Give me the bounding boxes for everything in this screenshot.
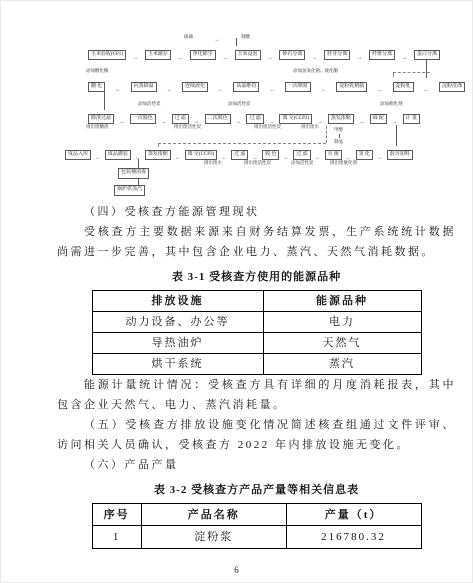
flow-box: 脱 色 <box>262 150 279 161</box>
flow-box: 混匀加料 <box>387 150 413 161</box>
arrow-left-icon <box>321 78 327 96</box>
flow-row-2: 糖 化 闪蒸降温 连续液化 高温维持 一次喷射 淀粉乳精制 淀粉乳 淀粉洗涤 <box>88 78 465 96</box>
table-header-row: 序号 产品名称 产量（t） <box>92 504 421 526</box>
arrow-left-icon <box>315 146 321 164</box>
table-header-cell: 产品名称 <box>141 504 286 526</box>
arrow-left-icon <box>115 78 121 96</box>
flow-box: 玉米验收(CP1) <box>88 50 126 61</box>
flow-box: 过 滤 <box>231 150 248 161</box>
energy-types-table: 排放设施 能源品种 动力设备、办公等 电力 导热油炉 天然气 烘干系统 蒸汽 <box>92 290 422 375</box>
table-cell: 烘干系统 <box>92 354 263 375</box>
table-header-row: 排放设施 能源品种 <box>92 291 421 312</box>
page-number: 6 <box>0 565 473 575</box>
arrow-right-icon <box>357 46 363 64</box>
section-heading-4: （四）受核查方能源管理现状 <box>57 202 456 222</box>
arrow-right-icon <box>222 46 228 64</box>
connector-dashed <box>326 126 327 143</box>
table-3-2-caption: 表 3-2 受核查方产品产量等相关信息表 <box>57 480 456 500</box>
arrow-right-icon <box>267 46 273 64</box>
table-cell: 蒸汽 <box>263 354 421 375</box>
flow-label-waste: 排出废水 <box>204 160 222 165</box>
table-cell: 电力 <box>263 312 421 333</box>
flow-box: 砂石分离 <box>279 50 305 61</box>
flow-box: 高温维持 <box>233 82 259 93</box>
flow-row-acid: 硫磺 制酸 <box>184 28 250 46</box>
flow-box: 糖 化 <box>88 82 105 93</box>
table-header-cell: 能源品种 <box>263 291 421 312</box>
flow-box: 成品灌装 <box>105 150 131 161</box>
arrow-right-icon <box>359 110 365 128</box>
arrow-right-icon <box>161 110 167 128</box>
flow-box: 过 滤 <box>172 114 189 125</box>
table-cell: 动力设备、办公等 <box>92 312 263 333</box>
paragraph-energy-status: 受核查方主要数据来源来自财务结算发票，生产系统统计数据尚需进一步完善，其中包含企… <box>57 222 456 262</box>
arrow-left-icon <box>175 146 181 164</box>
arrow-right-icon <box>236 110 242 128</box>
flow-label-add-naoh: 添加氢氧化钠、液化酶 <box>293 68 338 73</box>
flow-box: 离 交(CCP3) <box>185 150 218 161</box>
table-row: 1 淀粉浆 216780.32 <box>92 526 421 549</box>
flow-label-add-carbon: 添加活性炭 <box>228 101 251 106</box>
table-header-cell: 序号 <box>92 504 141 526</box>
arrow-left-icon <box>95 146 101 164</box>
table-3-1-caption: 表 3-1 受核查方使用的能源品种 <box>57 267 456 287</box>
flow-label-waste: 排出废催化剂 <box>330 160 357 165</box>
table-cell: 1 <box>92 526 141 549</box>
arrow-left-icon <box>284 146 290 164</box>
connector-line <box>104 92 105 110</box>
flow-label-sulfur: 硫磺 <box>184 34 193 39</box>
flow-label-add-enzyme: 添加糖化酶 <box>86 68 109 73</box>
arrow-right-icon <box>177 46 183 64</box>
table-cell: 导热油炉 <box>92 333 263 354</box>
connector-line <box>138 159 139 168</box>
table-cell: 216780.32 <box>286 526 421 549</box>
flow-box: 调 配 <box>370 114 387 125</box>
flow-box-barrel-disinfect: 包装桶消毒 <box>118 168 149 179</box>
connector-dashed <box>393 72 394 77</box>
flow-label-waste: 排出废活性炭 <box>244 160 271 165</box>
flow-label-add-catalyst: 添加催化剂 <box>380 101 403 106</box>
paragraph-energy-metering: 能源计量统计情况：受核查方具有详细的月度消耗报表，其中包含企业天然气、电力、蒸汽… <box>57 375 456 415</box>
arrow-right-icon <box>119 110 125 128</box>
table-row: 烘干系统 蒸汽 <box>92 354 421 375</box>
arrow-left-icon <box>377 146 383 164</box>
flow-box: 除渣过滤 <box>88 114 114 125</box>
flow-label-acid: 制酸 <box>241 34 250 39</box>
flow-box: 蒸发浓缩 <box>328 114 354 125</box>
flow-box: 蒸发浓缩 <box>145 150 171 161</box>
flow-box-boiler-steam: 锅炉供蒸汽 <box>114 185 145 196</box>
flow-label-hydrogen-plant: 制氢 <box>334 139 343 144</box>
connector-line <box>339 134 340 138</box>
flow-label-waste: 排出废糖渣 <box>86 124 109 129</box>
flow-box: 蛋白分离 <box>414 50 440 61</box>
document-body: （四）受核查方能源管理现状 受核查方主要数据来源来自财务结算发票，生产系统统计数… <box>57 202 456 549</box>
flow-box: 淀粉乳 <box>393 82 414 93</box>
flow-box: 二次脱色 <box>205 114 231 125</box>
process-flowchart: 硫磺 制酸 玉米验收(CP1) 玉米储存 净化除尘 玉米浸泡 砂石分离 胚芽分离… <box>58 28 466 206</box>
flow-box: 纤维分离 <box>369 50 395 61</box>
flow-row-1: 玉米验收(CP1) 玉米储存 净化除尘 玉米浸泡 砂石分离 胚芽分离 纤维分离 … <box>88 46 440 64</box>
table-row: 动力设备、办公等 电力 <box>92 312 421 333</box>
flow-box: 一次脱色 <box>130 114 156 125</box>
arrow-left-icon <box>167 78 173 96</box>
arrow-right-icon <box>214 28 220 46</box>
flow-box: 净化除尘 <box>190 50 216 61</box>
paragraph-section-5: （五）受核查方排放设施变化情况简述核查组通过文件评审、访问相关人员确认，受核查方… <box>57 415 456 455</box>
flow-row-4: 成品入库 成品灌装 蒸发浓缩 离 交(CCP3) 过 滤 脱 色 过 滤 灭 菌… <box>65 146 413 164</box>
flow-box: 淀粉乳精制 <box>336 82 367 93</box>
arrow-left-icon <box>221 146 227 164</box>
flow-label-waste: 排出废活性炭 <box>174 124 201 129</box>
flow-box: 玉米浸泡 <box>235 50 261 61</box>
product-output-table: 序号 产品名称 产量（t） 1 淀粉浆 216780.32 <box>92 503 422 549</box>
arrow-right-icon <box>312 46 318 64</box>
flow-box: 玉米储存 <box>145 50 171 61</box>
table-header-cell: 产量（t） <box>286 504 421 526</box>
flow-label-methanol: 甲醇 <box>334 127 343 132</box>
table-cell: 淀粉浆 <box>141 526 286 549</box>
connector-dashed <box>158 143 326 144</box>
arrow-left-icon <box>269 78 275 96</box>
connector-line <box>396 125 397 146</box>
flow-box: 过 滤 <box>246 114 263 125</box>
flow-box: 成品入库 <box>65 150 91 161</box>
flow-box: 灭 菌 <box>325 150 342 161</box>
flow-label-add-carbon: 添加活性炭 <box>291 160 314 165</box>
connector-dashed <box>393 72 430 73</box>
arrow-right-icon <box>402 46 408 64</box>
table-row: 导热油炉 天然气 <box>92 333 421 354</box>
arrow-left-icon <box>218 78 224 96</box>
flow-label-waste: 排出废水 <box>301 124 319 129</box>
flow-label-waste: 排出废活性炭 <box>254 124 281 129</box>
flow-box: 计 量 <box>403 114 420 125</box>
flow-box: 过 滤 <box>293 150 310 161</box>
section-heading-6: （六）产品产量 <box>57 455 456 475</box>
flow-box: 离 交(CCP2) <box>279 114 312 125</box>
flow-label-add-carbon: 添加活性炭 <box>138 101 161 106</box>
flow-box: 闪蒸降温 <box>131 82 157 93</box>
arrow-left-icon <box>377 78 383 96</box>
flow-box: 一次喷射 <box>285 82 311 93</box>
arrow-left-icon <box>424 78 430 96</box>
flow-box: 连续液化 <box>182 82 208 93</box>
flow-box: 氢 化 <box>356 150 373 161</box>
connector-line <box>236 38 237 46</box>
table-header-cell: 排放设施 <box>92 291 263 312</box>
flow-box: 淀粉洗涤 <box>439 82 465 93</box>
connector-line <box>426 60 427 78</box>
arrow-right-icon <box>133 46 139 64</box>
flow-box: 胚芽分离 <box>324 50 350 61</box>
table-cell: 天然气 <box>263 333 421 354</box>
